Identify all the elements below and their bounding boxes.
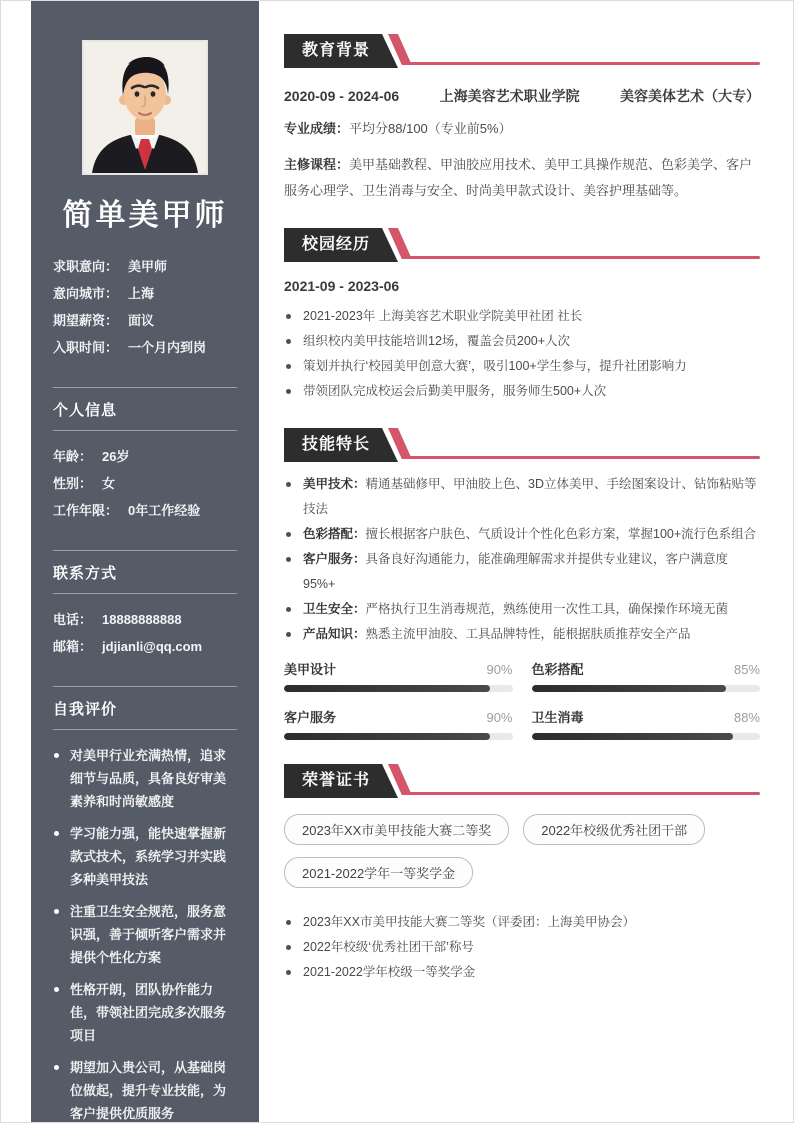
- red-line-decoration: [403, 792, 760, 795]
- list-item: 2021-2022学年校级一等奖学金: [284, 960, 760, 985]
- skill-bar: 色彩搭配 85%: [532, 659, 761, 692]
- list-item: 组织校内美甲技能培训12场，覆盖会员200+人次: [284, 329, 760, 354]
- section-header: 荣誉证书: [284, 764, 760, 798]
- contact-row: 电话： 18888888888: [53, 606, 237, 633]
- honors-section: 荣誉证书 2023年XX市美甲技能大赛二等奖2022年校级优秀社团干部 2021…: [284, 764, 760, 985]
- bar-fill: [532, 685, 726, 692]
- list-item: 卫生安全：严格执行卫生消毒规范，熟练使用一次性工具，确保操作环境无菌: [284, 597, 760, 622]
- education-major: 美容美体艺术（大专）: [620, 86, 760, 106]
- info-row: 性别： 女: [53, 470, 237, 497]
- list-item: 期望加入贵公司，从基础岗位做起，提升专业技能，为客户提供优质服务: [53, 1056, 237, 1123]
- intent-row: 入职时间： 一个月内到岗: [53, 334, 237, 361]
- sidebar: 简单美甲师 求职意向： 美甲师 意向城市： 上海 期望薪资： 面议 入职时间： …: [31, 1, 259, 1122]
- honors-list: 2023年XX市美甲技能大赛二等奖（评委团：上海美甲协会） 2022年校级‘优秀…: [284, 910, 760, 985]
- intent-value: 美甲师: [128, 253, 167, 280]
- skill-label: 美甲技术：: [303, 477, 366, 491]
- intent-row: 期望薪资： 面议: [53, 307, 237, 334]
- skill-label: 客户服务：: [303, 552, 366, 566]
- bar-percent: 85%: [734, 662, 760, 677]
- intent-row: 求职意向： 美甲师: [53, 253, 237, 280]
- courses-label: 主修课程：: [284, 157, 349, 172]
- intent-label: 求职意向：: [53, 253, 118, 280]
- info-value: 0年工作经验: [128, 497, 200, 524]
- honor-pill: 2021-2022学年一等奖学金: [284, 857, 473, 888]
- education-school: 上海美容艺术职业学院: [440, 86, 580, 106]
- section-badge: 校园经历: [284, 228, 398, 262]
- job-intent-block: 求职意向： 美甲师 意向城市： 上海 期望薪资： 面议 入职时间： 一个月内到岗: [53, 253, 237, 361]
- info-value: 26岁: [102, 443, 129, 470]
- contact-label: 电话：: [53, 606, 92, 633]
- skill-bar: 卫生消毒 88%: [532, 707, 761, 740]
- list-item: 色彩搭配：擅长根据客户肤色、气质设计个性化色彩方案，掌握100+流行色系组合: [284, 522, 760, 547]
- intent-row: 意向城市： 上海: [53, 280, 237, 307]
- skill-bar: 美甲设计 90%: [284, 659, 513, 692]
- info-row: 年龄： 26岁: [53, 443, 237, 470]
- honor-pill: 2023年XX市美甲技能大赛二等奖: [284, 814, 509, 845]
- bar-fill: [284, 733, 490, 740]
- list-item: 2023年XX市美甲技能大赛二等奖（评委团：上海美甲协会）: [284, 910, 760, 935]
- honor-pill: 2022年校级优秀社团干部: [523, 814, 705, 845]
- list-item: 美甲技术：精通基础修甲、甲油胶上色、3D立体美甲、手绘图案设计、钻饰粘贴等技法: [284, 472, 760, 522]
- education-score: 专业成绩：平均分88/100（专业前5%）: [284, 116, 760, 142]
- skill-text: 精通基础修甲、甲油胶上色、3D立体美甲、手绘图案设计、钻饰粘贴等技法: [303, 477, 757, 516]
- skill-label: 产品知识：: [303, 627, 366, 641]
- list-item: 产品知识：熟悉主流甲油胶、工具品牌特性，能根据肤质推荐安全产品: [284, 622, 760, 647]
- list-item: 客户服务：具备良好沟通能力，能准确理解需求并提供专业建议，客户满意度95%+: [284, 547, 760, 597]
- list-item: 性格开朗，团队协作能力佳，带领社团完成多次服务项目: [53, 978, 237, 1047]
- bar-percent: 88%: [734, 710, 760, 725]
- intent-label: 意向城市：: [53, 280, 118, 307]
- bar-percent: 90%: [486, 710, 512, 725]
- section-badge: 荣誉证书: [284, 764, 398, 798]
- contact-label: 邮箱：: [53, 633, 92, 660]
- section-header: 校园经历: [284, 228, 760, 262]
- red-line-decoration: [403, 62, 760, 65]
- honor-pills: 2023年XX市美甲技能大赛二等奖2022年校级优秀社团干部 2021-2022…: [284, 814, 760, 900]
- red-line-decoration: [403, 456, 760, 459]
- bar-track: [284, 733, 513, 740]
- bar-name: 卫生消毒: [532, 707, 584, 726]
- education-period: 2020-09 - 2024-06: [284, 88, 399, 104]
- section-header: 技能特长: [284, 428, 760, 462]
- intent-label: 期望薪资：: [53, 307, 118, 334]
- intent-value: 一个月内到岗: [128, 334, 206, 361]
- self-evaluation-section: 自我评价 对美甲行业充满热情，追求细节与品质，具备良好审美素养和时尚敏感度 学习…: [53, 686, 237, 1123]
- info-row: 工作年限： 0年工作经验: [53, 497, 237, 524]
- list-item: 学习能力强，能快速掌握新款式技术，系统学习并实践多种美甲技法: [53, 822, 237, 891]
- red-line-decoration: [403, 256, 760, 259]
- bar-name: 色彩搭配: [532, 659, 584, 678]
- resume-page: 简单美甲师 求职意向： 美甲师 意向城市： 上海 期望薪资： 面议 入职时间： …: [0, 0, 794, 1123]
- score-label: 专业成绩：: [284, 121, 349, 136]
- education-section: 教育背景 2020-09 - 2024-06 上海美容艺术职业学院 美容美体艺术…: [284, 34, 760, 204]
- bar-track: [532, 685, 761, 692]
- bar-track: [284, 685, 513, 692]
- email-value: jdjianli@qq.com: [102, 633, 202, 660]
- main-content: 教育背景 2020-09 - 2024-06 上海美容艺术职业学院 美容美体艺术…: [259, 1, 793, 1122]
- campus-period: 2021-09 - 2023-06: [284, 278, 760, 294]
- info-label: 工作年限：: [53, 497, 118, 524]
- contact-row: 邮箱： jdjianli@qq.com: [53, 633, 237, 660]
- bar-name: 客户服务: [284, 707, 336, 726]
- personal-info-section: 个人信息 年龄： 26岁 性别： 女 工作年限： 0年工作经验: [53, 387, 237, 524]
- self-evaluation-list: 对美甲行业充满热情，追求细节与品质，具备良好审美素养和时尚敏感度 学习能力强，能…: [53, 744, 237, 1123]
- section-title: 联系方式: [53, 551, 237, 594]
- campus-experience-list: 2021-2023年 上海美容艺术职业学院美甲社团 社长 组织校内美甲技能培训1…: [284, 304, 760, 404]
- contact-section: 联系方式 电话： 18888888888 邮箱： jdjianli@qq.com: [53, 550, 237, 660]
- intent-value: 上海: [128, 280, 154, 307]
- list-item: 2021-2023年 上海美容艺术职业学院美甲社团 社长: [284, 304, 760, 329]
- list-item: 策划并执行‘校园美甲创意大赛’，吸引100+学生参与，提升社团影响力: [284, 354, 760, 379]
- section-title: 自我评价: [53, 687, 237, 730]
- avatar-illustration: [84, 42, 206, 173]
- education-courses: 主修课程：美甲基础教程、甲油胶应用技术、美甲工具操作规范、色彩美学、客户服务心理…: [284, 152, 760, 204]
- section-header: 教育背景: [284, 34, 760, 68]
- bar-fill: [284, 685, 490, 692]
- list-item: 注重卫生安全规范，服务意识强，善于倾听客户需求并提供个性化方案: [53, 900, 237, 969]
- section-badge: 教育背景: [284, 34, 398, 68]
- score-value: 平均分88/100（专业前5%）: [349, 121, 512, 136]
- skill-text: 熟悉主流甲油胶、工具品牌特性，能根据肤质推荐安全产品: [366, 627, 691, 641]
- skill-text: 具备良好沟通能力，能准确理解需求并提供专业建议，客户满意度95%+: [303, 552, 728, 591]
- info-label: 年龄：: [53, 443, 92, 470]
- campus-experience-section: 校园经历 2021-09 - 2023-06 2021-2023年 上海美容艺术…: [284, 228, 760, 404]
- info-label: 性别：: [53, 470, 92, 497]
- list-item: 带领团队完成校运会后勤美甲服务，服务师生500+人次: [284, 379, 760, 404]
- bar-name: 美甲设计: [284, 659, 336, 678]
- list-item: 对美甲行业充满热情，追求细节与品质，具备良好审美素养和时尚敏感度: [53, 744, 237, 813]
- bar-track: [532, 733, 761, 740]
- skill-text: 严格执行卫生消毒规范，熟练使用一次性工具，确保操作环境无菌: [366, 602, 729, 616]
- list-item: 2022年校级‘优秀社团干部’称号: [284, 935, 760, 960]
- skill-text: 擅长根据客户肤色、气质设计个性化色彩方案，掌握100+流行色系组合: [366, 527, 757, 541]
- skill-bar: 客户服务 90%: [284, 707, 513, 740]
- education-entry-row: 2020-09 - 2024-06 上海美容艺术职业学院 美容美体艺术（大专）: [284, 86, 760, 106]
- intent-value: 面议: [128, 307, 154, 334]
- info-value: 女: [102, 470, 115, 497]
- skills-section: 技能特长 美甲技术：精通基础修甲、甲油胶上色、3D立体美甲、手绘图案设计、钻饰粘…: [284, 428, 760, 740]
- intent-label: 入职时间：: [53, 334, 118, 361]
- section-title: 个人信息: [53, 388, 237, 431]
- profile-photo: [84, 42, 206, 173]
- section-badge: 技能特长: [284, 428, 398, 462]
- candidate-name: 简单美甲师: [53, 190, 237, 234]
- phone-value: 18888888888: [102, 606, 182, 633]
- courses-value: 美甲基础教程、甲油胶应用技术、美甲工具操作规范、色彩美学、客户服务心理学、卫生消…: [284, 157, 752, 198]
- bar-fill: [532, 733, 733, 740]
- skills-list: 美甲技术：精通基础修甲、甲油胶上色、3D立体美甲、手绘图案设计、钻饰粘贴等技法 …: [284, 472, 760, 647]
- skill-label: 卫生安全：: [303, 602, 366, 616]
- bar-percent: 90%: [486, 662, 512, 677]
- skill-bars: 美甲设计 90% 色彩搭配 85% 客户服务 90%: [284, 659, 760, 740]
- skill-label: 色彩搭配：: [303, 527, 366, 541]
